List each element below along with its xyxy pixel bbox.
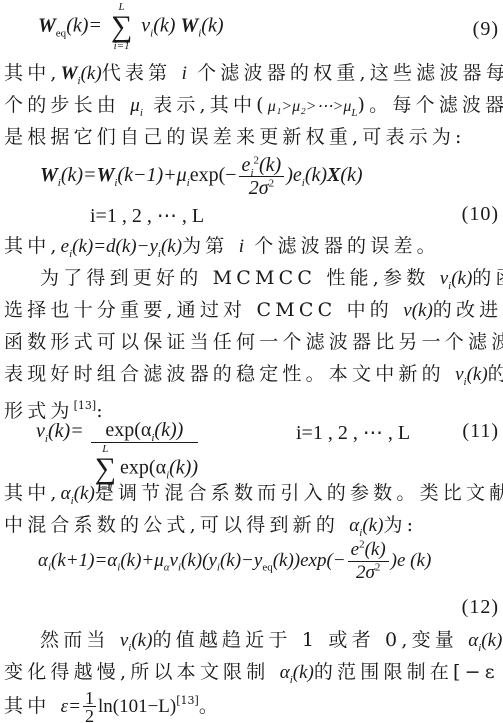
text: 的函数的: [472, 267, 503, 289]
math-expr: (k)=d(k)−y: [72, 236, 158, 257]
sigma: 2σ: [356, 562, 375, 583]
paragraph-3-line-1: 为了得到更好的 MCMCC 性能,参数 vi(k)的函数的: [40, 265, 499, 292]
fraction: ei2(k)2σ2: [239, 155, 285, 198]
text: 表现好时组合滤波器的稳定性。本文中新的: [4, 363, 445, 385]
arg: (k): [340, 164, 362, 186]
paragraph-3-line-3: 函数形式可以保证当任何一个滤波器比另一个滤波器: [4, 329, 499, 355]
expr: (k)−y: [220, 550, 262, 571]
eq9-lhs: W: [38, 15, 56, 37]
summation-symbol: L ∑ i=1: [111, 2, 132, 52]
arg: (k): [293, 662, 314, 683]
arg: (k): [365, 539, 386, 560]
math-epsilon: ε=: [61, 696, 81, 717]
arg: (k)): [154, 419, 183, 441]
text: 然而当: [40, 629, 110, 651]
math-v: v: [440, 268, 448, 289]
math-i: i: [182, 63, 187, 84]
text: 形式为: [4, 400, 74, 422]
sup: 2: [375, 562, 381, 574]
eq9-w: W: [180, 15, 198, 37]
math-mu: μ: [130, 95, 140, 116]
text: 其中,: [4, 62, 61, 84]
math-sub: i: [140, 107, 143, 119]
paragraph-3-line-4: 表现好时组合滤波器的稳定性。本文中新的 vi(k)的函数: [4, 361, 499, 388]
arg: (k): [467, 364, 488, 385]
eq10-x: X: [327, 164, 340, 186]
paragraph-5-line-1: 然而当 vi(k)的值越趋近于 1 或者 0,变量 αi(k)则会: [40, 627, 499, 654]
paragraph-2: 其中,ei(k)=d(k)−yi(k)为第 i 个滤波器的误差。: [4, 233, 499, 260]
e: e: [351, 539, 359, 560]
text: 的范围限制在[−ε ,ε],: [314, 661, 503, 683]
expr: (k)(y: [181, 550, 217, 571]
fraction-numerator: ei2(k): [239, 155, 285, 177]
fraction-denominator: 2σ2: [348, 562, 389, 583]
exp-alpha: exp(α: [105, 419, 151, 441]
math-v: v: [403, 300, 411, 321]
fraction-numerator: 1: [83, 690, 96, 707]
sigma-icon: ∑: [95, 455, 116, 483]
text: 其中: [4, 695, 50, 717]
arg: (k): [131, 630, 152, 651]
math-alpha: α: [280, 662, 290, 683]
text: 个滤波器的误差。: [254, 235, 440, 257]
equation-number-11: (11): [462, 420, 499, 443]
fraction-denominator: 2: [83, 707, 96, 723]
paragraph-4-line-1: 其中,αi(k)是调节混合系数而引入的参数。类比文献[6]: [4, 480, 499, 507]
sigma-icon: ∑: [111, 13, 132, 41]
text: 其中,: [4, 482, 61, 504]
math-alpha: α: [468, 630, 478, 651]
equation-number-12: (12): [462, 596, 499, 619]
eq10-e: )e: [286, 164, 302, 186]
math-i: i: [239, 236, 244, 257]
text: 为了得到更好的 MCMCC 性能,参数: [40, 267, 429, 289]
text: 的值越趋近于 1 或者 0,变量: [152, 629, 458, 651]
text: 的改进,新: [433, 299, 503, 321]
v: v: [170, 550, 178, 571]
math-e: e: [61, 236, 69, 257]
fraction: e2(k)2σ2: [348, 540, 389, 583]
arg: (k)): [169, 457, 198, 479]
eq9-lhs-sub: eq: [56, 28, 66, 40]
arg: (k)=: [48, 420, 84, 442]
sub: eq: [262, 562, 272, 574]
expr: (k)+μ: [120, 550, 163, 571]
sigma: 2σ: [249, 177, 269, 199]
eq9-v-arg: (k): [153, 15, 175, 37]
math-v: v: [455, 364, 463, 385]
paragraph-5-line-3: 其中 ε=12ln(101−L)[13]。: [4, 688, 499, 723]
text: 。: [199, 695, 222, 717]
paragraph-1-line-3: 是根据它们自己的误差来更新权重,可表示为:: [4, 124, 499, 150]
fraction-numerator: e2(k): [348, 540, 389, 562]
citation-link[interactable]: [13]: [74, 399, 97, 412]
arg: (k): [362, 515, 383, 536]
sup: 2: [269, 177, 275, 189]
eq10-exp: exp(−: [190, 164, 237, 186]
math-alpha: α: [349, 515, 359, 536]
equation-11-range: i=1 , 2 , ⋯ , L: [296, 420, 410, 445]
math-w: W: [61, 63, 78, 84]
text: 个的步长由: [4, 94, 120, 116]
text: 个滤波器的权重,这些滤波器每一: [197, 62, 503, 84]
paragraph-3-line-2: 选择也十分重要,通过对 CMCC 中的 v(k)的改进,新 vi(k): [4, 297, 499, 324]
text: 表示,其中(: [153, 94, 268, 116]
math-mu-chain: μ₁>μ₂>⋯>μ: [268, 98, 352, 115]
text: 中混合系数的公式,可以得到新的: [4, 514, 339, 536]
citation-link[interactable]: [13]: [176, 694, 199, 707]
paragraph-1-line-2: 个的步长由 μi 表示,其中(μ₁>μ₂>⋯>μL)。每个滤波器都: [4, 92, 499, 120]
equation-12: αi(k+1)=αi(k)+μαvi(k)(yi(k)−yeq(k))exp(−…: [38, 540, 431, 583]
math-ln: ln(101−L): [98, 696, 176, 717]
arg: (k): [412, 300, 433, 321]
fraction-numerator: exp(αi(k)): [91, 420, 198, 443]
equation-10: Wi(k)=Wi(k−1)+μiexp(−ei2(k)2σ2)ei(k)X(k): [40, 155, 363, 198]
expr: (k+1)=α: [51, 550, 117, 571]
text: 其中,: [4, 235, 61, 257]
eq10-arg: (k)=: [61, 164, 97, 186]
fraction-half: 12: [83, 690, 96, 723]
arg: (k): [481, 630, 502, 651]
equation-number-10: (10): [462, 203, 499, 226]
equation-10-range: i=1 , 2 , ⋯ , L: [90, 203, 204, 228]
expr: (k))exp(−: [273, 550, 346, 571]
paragraph-5-line-2: 变化得越慢,所以本文限制 αi(k)的范围限制在[−ε ,ε],: [4, 659, 499, 686]
text: 为:: [383, 514, 417, 536]
eq11-v: v: [36, 420, 45, 442]
math-alpha: α: [61, 483, 71, 504]
text: )。每个滤波器都: [358, 94, 503, 116]
eq10-w2: W: [97, 164, 115, 186]
fraction-denominator: 2σ2: [239, 177, 285, 198]
paragraph-4-line-2: 中混合系数的公式,可以得到新的 αi(k)为:: [4, 512, 499, 539]
arg: (k): [161, 236, 182, 257]
text: 是调节混合系数而引入的参数。类比文献[6]: [95, 482, 503, 504]
math-arg: (k): [81, 63, 102, 84]
expr: )e (k): [391, 550, 432, 571]
arg: (k): [74, 483, 95, 504]
eq9-w-arg: (k): [201, 15, 223, 37]
equation-9: Weq(k)= L ∑ i=1 vi(k) Wi(k): [38, 2, 224, 52]
arg: (k): [259, 154, 281, 176]
eq9-v: v: [141, 15, 150, 37]
equation-number-9: (9): [473, 18, 499, 41]
text: 的函数: [488, 363, 503, 385]
eq10-w: W: [40, 164, 58, 186]
text: 代表第: [102, 62, 172, 84]
eq10-arg2: (k−1)+μ: [117, 164, 186, 186]
eq9-lhs-arg: (k)=: [66, 15, 102, 37]
text: 为第: [182, 235, 228, 257]
sum-lower-limit: i=1: [111, 41, 132, 52]
text: 变化得越慢,所以本文限制: [4, 661, 269, 683]
arg: (k): [451, 268, 472, 289]
arg: (k): [305, 164, 327, 186]
alpha: α: [38, 550, 48, 571]
exp-alpha: exp(α: [120, 457, 166, 479]
paragraph-1-line-1: 其中,Wi(k)代表第 i 个滤波器的权重,这些滤波器每一: [4, 60, 499, 87]
text: 选择也十分重要,通过对 CMCC 中的: [4, 299, 393, 321]
